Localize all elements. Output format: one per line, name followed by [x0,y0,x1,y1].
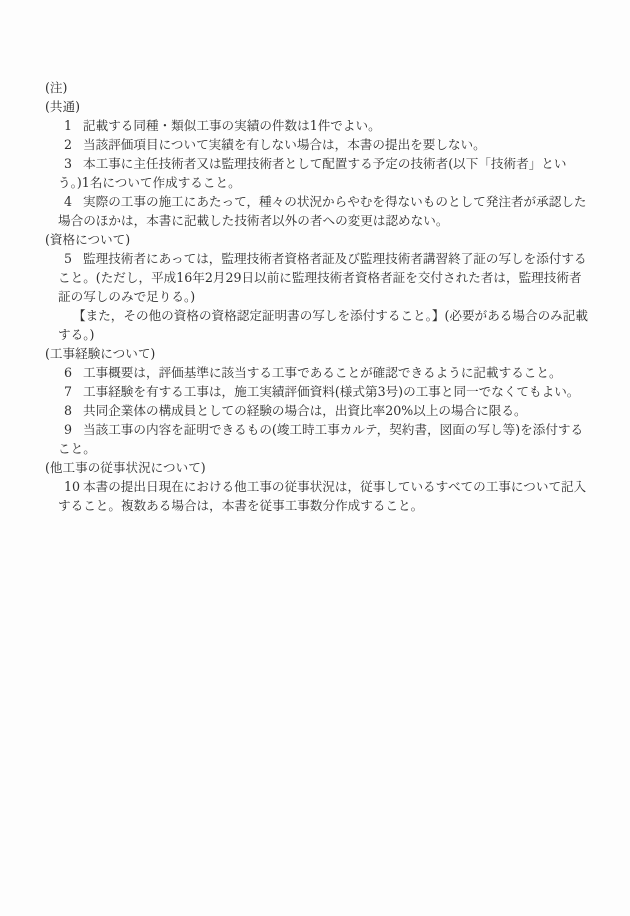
item-text: 工事経験を有する工事は，施工実績評価資料(様式第3号)の工事と同一でなくてもよい… [83,384,579,399]
item-text: 実際の工事の施工にあたって，種々の状況からやむを得ないものとして発注者が承認した… [58,194,587,228]
document-page: (注) (共通) 1記載する同種・類似工事の実績の件数は1件でよい。 2当該評価… [0,0,630,916]
list-item: 9当該工事の内容を証明できるもの(竣工時工事カルテ，契約書，図面の写し等)を添付… [45,420,590,458]
item-text: 監理技術者にあっては，監理技術者資格者証及び監理技術者講習終了証の写しを添付する… [58,251,587,304]
item-number: 6 [64,363,83,382]
list-item: 7工事経験を有する工事は，施工実績評価資料(様式第3号)の工事と同一でなくてもよ… [45,382,590,401]
section-heading: (資格について) [45,230,590,249]
list-item: 1記載する同種・類似工事の実績の件数は1件でよい。 [45,116,590,135]
list-item: 5監理技術者にあっては，監理技術者資格者証及び監理技術者講習終了証の写しを添付す… [45,249,590,306]
list-item: 8共同企業体の構成員としての経験の場合は，出資比率20%以上の場合に限る。 [45,401,590,420]
item-text: 当該評価項目について実績を有しない場合は，本書の提出を要しない。 [83,137,486,152]
item-number: 8 [64,401,83,420]
item-number: 4 [64,192,83,211]
section-heading: (工事経験について) [45,344,590,363]
item-text: 本工事に主任技術者又は監理技術者として配置する予定の技術者(以下「技術者」という… [58,156,566,190]
item-number: 3 [64,154,83,173]
list-item: 3本工事に主任技術者又は監理技術者として配置する予定の技術者(以下「技術者」とい… [45,154,590,192]
list-item: 10本書の提出日現在における他工事の従事状況は，従事しているすべての工事について… [45,477,590,515]
list-item: 2当該評価項目について実績を有しない場合は，本書の提出を要しない。 [45,135,590,154]
item-number: 10 [64,477,83,496]
section-work-experience: (工事経験について) 6工事概要は，評価基準に該当する工事であることが確認できる… [45,344,590,458]
section-qualifications: (資格について) 5監理技術者にあっては，監理技術者資格者証及び監理技術者講習終… [45,230,590,344]
item-subnote: 【また，その他の資格の資格認定証明書の写しを添付すること。】(必要がある場合のみ… [45,306,590,344]
item-number: 7 [64,382,83,401]
note-label: (注) [45,78,590,97]
section-heading: (共通) [45,97,590,116]
list-item: 4実際の工事の施工にあたって，種々の状況からやむを得ないものとして発注者が承認し… [45,192,590,230]
item-number: 5 [64,249,83,268]
section-heading: (他工事の従事状況について) [45,458,590,477]
item-text: 共同企業体の構成員としての経験の場合は，出資比率20%以上の場合に限る。 [83,403,527,418]
item-text: 当該工事の内容を証明できるもの(竣工時工事カルテ，契約書，図面の写し等)を添付す… [58,422,583,456]
section-other-works: (他工事の従事状況について) 10本書の提出日現在における他工事の従事状況は，従… [45,458,590,515]
item-text: 工事概要は，評価基準に該当する工事であることが確認できるように記載すること。 [83,365,562,380]
item-number: 2 [64,135,83,154]
list-item: 6工事概要は，評価基準に該当する工事であることが確認できるように記載すること。 [45,363,590,382]
item-text: 本書の提出日現在における他工事の従事状況は，従事しているすべての工事について記入… [58,479,586,513]
item-text: 記載する同種・類似工事の実績の件数は1件でよい。 [83,118,381,133]
item-number: 9 [64,420,83,439]
item-number: 1 [64,116,83,135]
section-common: (共通) 1記載する同種・類似工事の実績の件数は1件でよい。 2当該評価項目につ… [45,97,590,230]
